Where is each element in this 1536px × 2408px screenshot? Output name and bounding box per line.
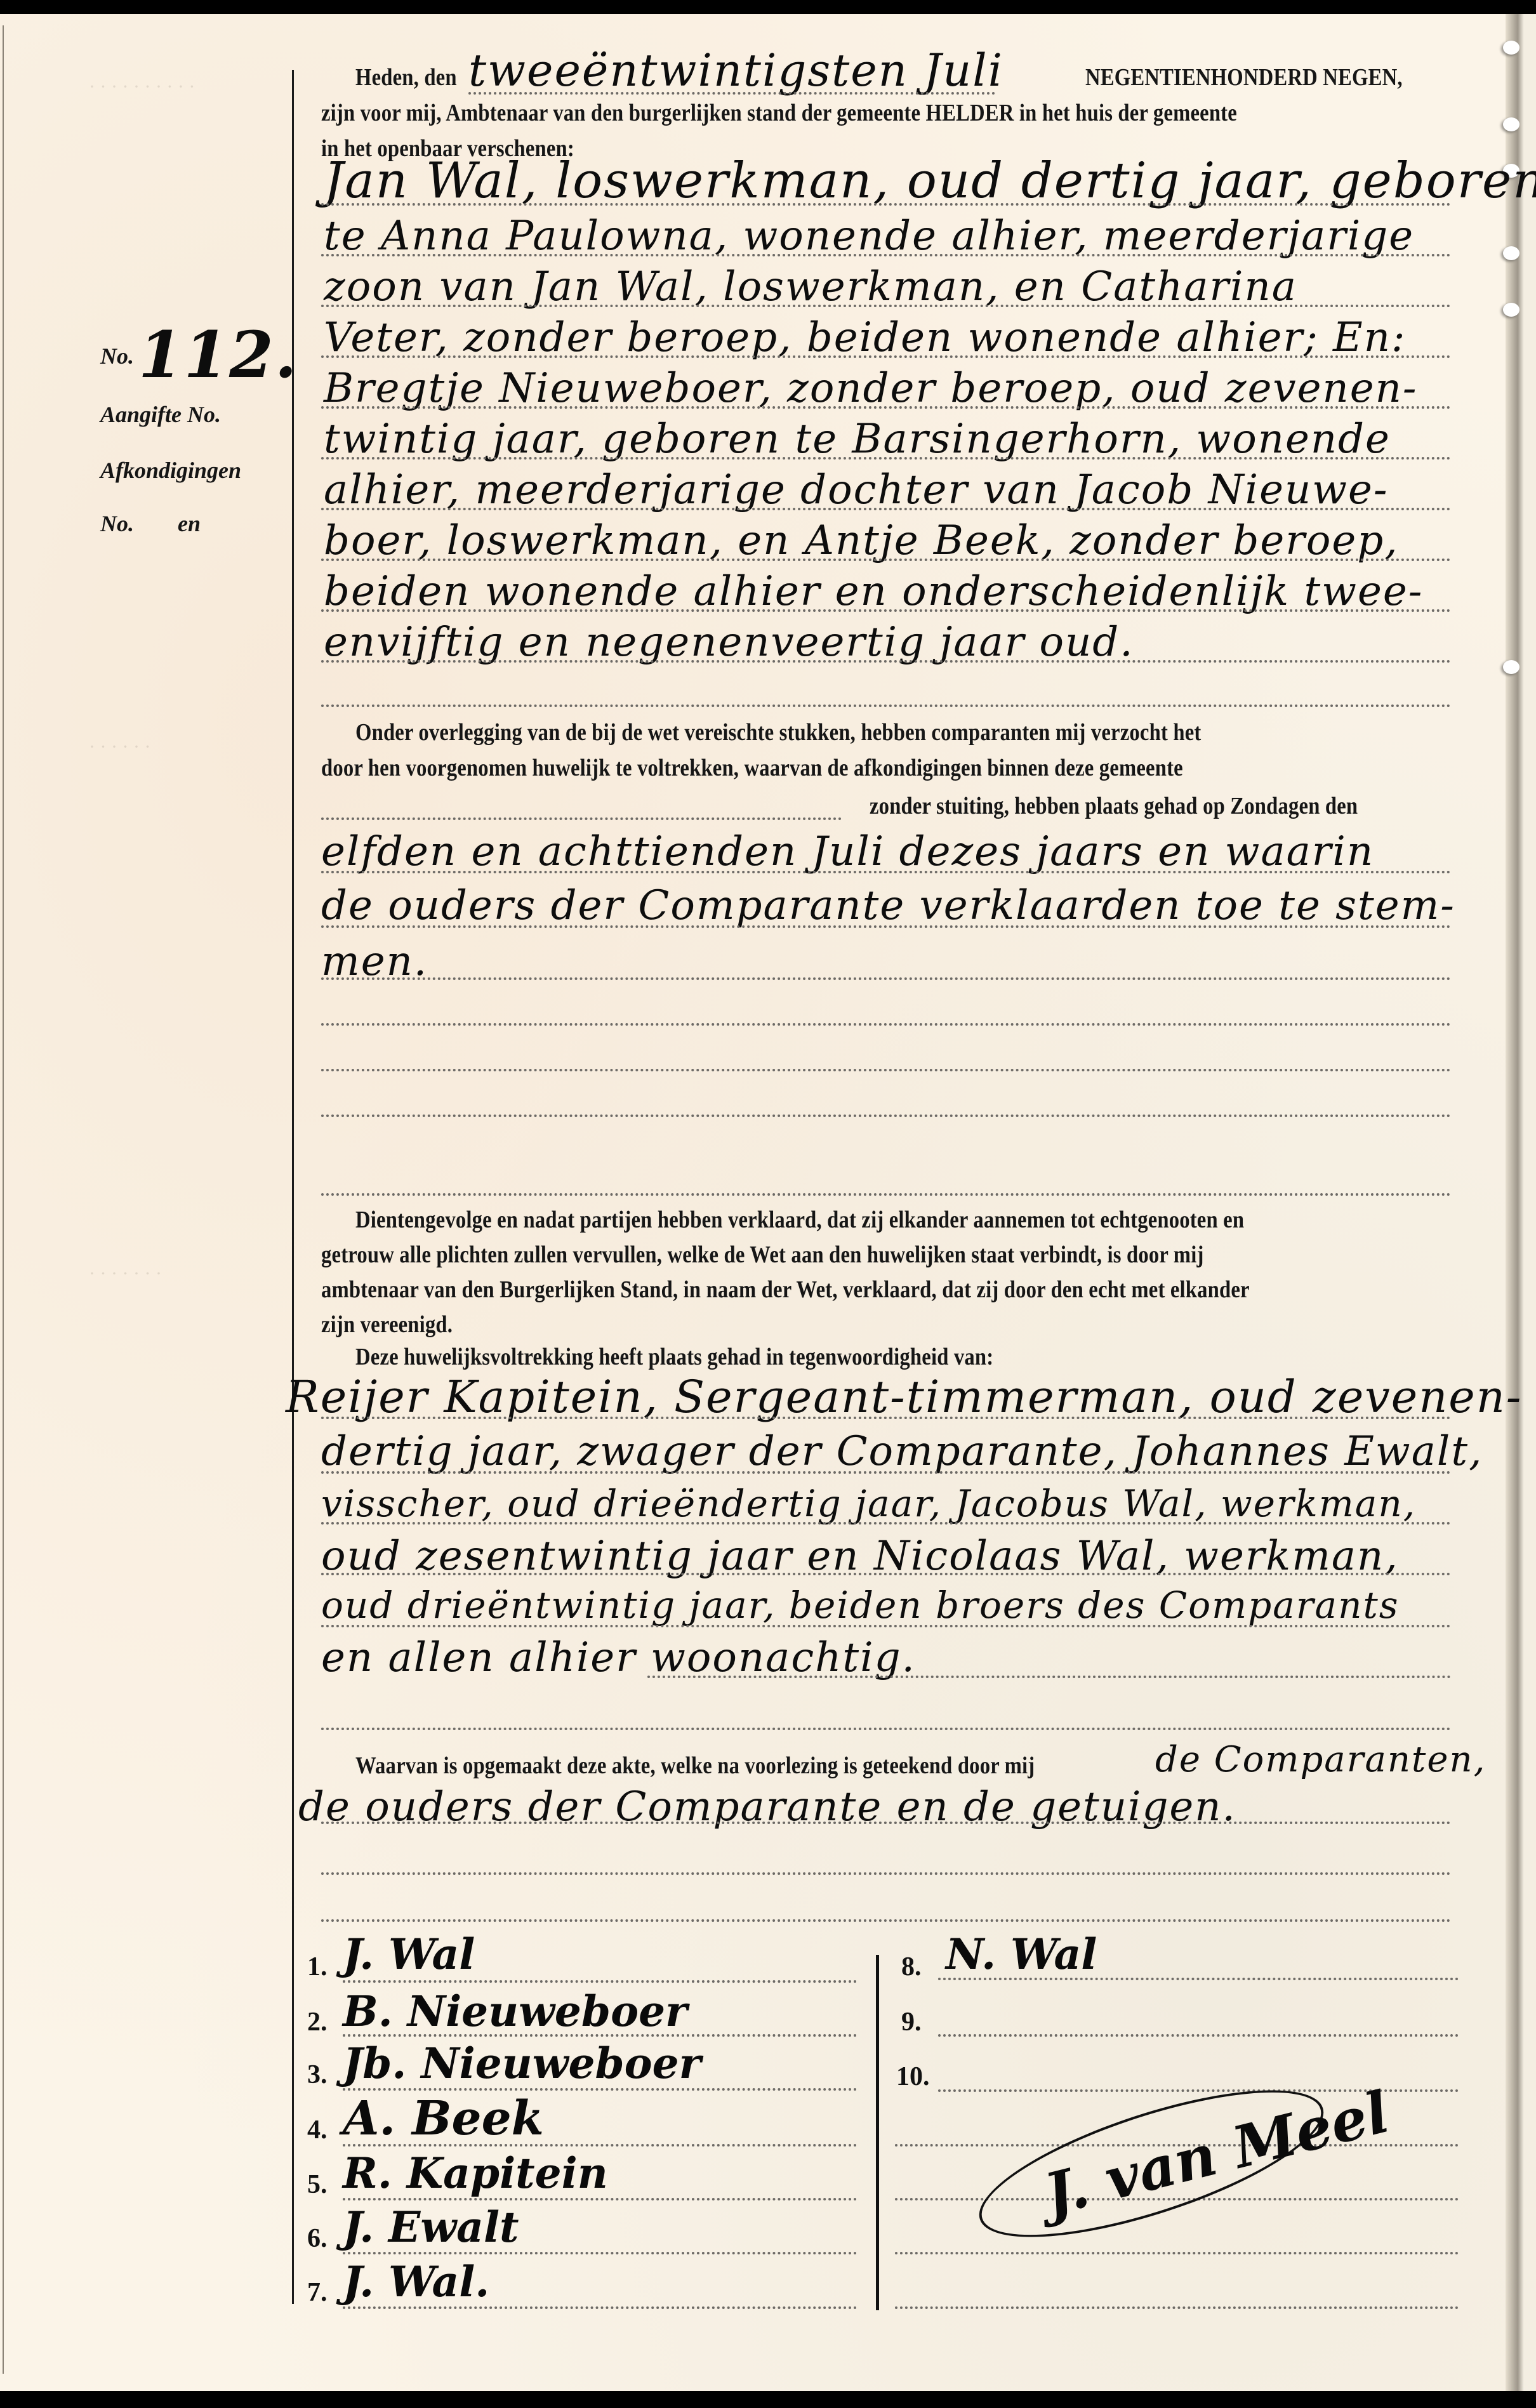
banns-line: elfden en achttienden Juli dezes jaars e…	[321, 828, 1374, 875]
handwritten-line: zoon van Jan Wal, loswerkman, en Cathari…	[324, 263, 1297, 310]
dotted-line	[321, 1069, 1451, 1071]
dotted-line	[647, 1676, 1451, 1678]
signature-number: 5.	[307, 2169, 328, 2200]
dotted-line	[321, 508, 1451, 510]
signature-divider	[876, 1955, 879, 2310]
dotted-line	[321, 705, 1451, 707]
paragraph2-line3: zonder stuiting, hebben plaats gehad op …	[870, 792, 1358, 820]
dotted-line	[321, 1625, 1451, 1627]
act-number-value: 112.	[138, 317, 298, 392]
dotted-line	[321, 1728, 1451, 1730]
header-line-2: zijn voor mij, Ambtenaar van den burgerl…	[321, 99, 1536, 127]
handwritten-line: envijftig en negenenveertig jaar oud.	[324, 619, 1134, 666]
year-printed: NEGENTIENHONDERD NEGEN,	[1085, 63, 1403, 91]
dotted-line	[321, 977, 1451, 980]
handwritten-line: beiden wonende alhier en onderscheidenli…	[324, 568, 1423, 615]
handwritten-line: boer, loswerkman, en Antje Beek, zonder …	[324, 517, 1399, 564]
dotted-line	[321, 1023, 1451, 1026]
dotted-line	[321, 203, 1451, 206]
handwritten-line: visscher, oud drieëndertig jaar, Jacobus…	[321, 1482, 1416, 1525]
signature: J. Wal	[343, 1929, 475, 1979]
dotted-line	[343, 2144, 857, 2147]
afkondigingen-label: Afkondigingen	[100, 457, 241, 484]
banns-line: de ouders der Comparante verklaarden toe…	[321, 882, 1455, 929]
dotted-line	[321, 1417, 1451, 1419]
paragraph3-line3: ambtenaar van den Burgerlijken Stand, in…	[321, 1276, 1250, 1304]
binding-hole	[1503, 660, 1519, 674]
dotted-line	[343, 1980, 857, 1983]
dotted-line	[895, 2306, 1459, 2309]
dotted-line	[321, 1193, 1451, 1196]
handwritten-line: Bregtje Nieuweboer, zonder beroep, oud z…	[324, 365, 1417, 412]
signature-number: 8.	[901, 1952, 922, 1982]
bleed-through-text: · · · · · · ·	[89, 1263, 162, 1285]
page-edge	[3, 25, 4, 2374]
paragraph3-line5: Deze huwelijksvoltrekking heeft plaats g…	[355, 1343, 993, 1371]
dotted-line	[321, 1822, 1451, 1824]
signature: B. Nieuweboer	[343, 1987, 687, 2036]
dotted-line	[321, 355, 1451, 358]
handwritten-line: alhier, meerderjarige dochter van Jacob …	[324, 466, 1388, 513]
dotted-line	[321, 660, 1451, 663]
dotted-line	[321, 254, 1451, 256]
dotted-line	[343, 2306, 857, 2309]
signature: J. Ewalt	[343, 2202, 519, 2252]
aangifte-label: Aangifte No.	[100, 401, 221, 428]
dotted-line	[321, 1573, 1451, 1575]
en-label: en	[178, 510, 201, 537]
dotted-line	[321, 925, 1451, 928]
closing-handwritten-1: de Comparanten,	[1155, 1739, 1486, 1780]
signature-number: 4.	[307, 2115, 328, 2145]
binding-hole	[1503, 246, 1519, 260]
signature-number: 7.	[307, 2277, 328, 2308]
act-number-label: No.	[100, 343, 134, 369]
signature: Jb. Nieuweboer	[343, 2039, 701, 2088]
handwritten-line: en allen alhier woonachtig.	[321, 1634, 916, 1681]
dotted-line	[321, 1115, 1451, 1117]
dotted-line	[343, 2088, 857, 2091]
signature-number: 3.	[307, 2060, 328, 2090]
bleed-through-text: · · · · · ·	[89, 736, 150, 758]
paragraph2-line2: door hen voorgenomen huwelijk te voltrek…	[321, 754, 1183, 782]
dotted-line	[321, 609, 1451, 612]
signature-number: 1.	[307, 1952, 328, 1982]
dotted-line	[343, 2252, 857, 2254]
closing-printed: Waarvan is opgemaakt deze akte, welke na…	[355, 1752, 1035, 1780]
signature: A. Beek	[343, 2091, 544, 2146]
signature: J. Wal.	[343, 2257, 489, 2306]
dotted-line	[938, 2034, 1459, 2037]
paragraph2-line1: Onder overlegging van de bij de wet vere…	[355, 718, 1201, 746]
paragraph3-line4: zijn vereenigd.	[321, 1311, 453, 1339]
heden-den: Heden, den	[355, 63, 457, 91]
dotted-line	[321, 1872, 1451, 1875]
dotted-line	[321, 559, 1451, 561]
handwritten-line: oud drieëntwintig jaar, beiden broers de…	[321, 1584, 1400, 1627]
handwritten-line: Jan Wal, loswerkman, oud dertig jaar, ge…	[324, 152, 1536, 209]
signature-number: 10.	[896, 2061, 930, 2092]
signature: R. Kapitein	[343, 2148, 608, 2198]
handwritten-line: Reijer Kapitein, Sergeant-timmerman, oud…	[286, 1371, 1522, 1423]
dotted-line	[321, 817, 842, 820]
dotted-line	[321, 871, 1451, 873]
handwritten-line: twintig jaar, geboren te Barsingerhorn, …	[324, 416, 1391, 463]
signature-number: 9.	[901, 2007, 922, 2037]
dotted-line	[343, 2198, 857, 2200]
paragraph3-line2: getrouw alle plichten zullen vervullen, …	[321, 1241, 1204, 1269]
dotted-line	[343, 2034, 857, 2037]
dotted-line	[321, 1522, 1451, 1525]
dotted-line	[321, 305, 1451, 307]
binding-hole	[1503, 41, 1519, 55]
margin-rule	[292, 70, 294, 2304]
dotted-line	[321, 406, 1451, 409]
binding-edge	[1506, 14, 1536, 2391]
paragraph3-line1: Dientengevolge en nadat partijen hebben …	[355, 1206, 1244, 1234]
signature-number: 2.	[307, 2007, 328, 2037]
handwritten-line: Veter, zonder beroep, beiden wonende alh…	[324, 314, 1407, 361]
signature-number: 6.	[307, 2223, 328, 2254]
handwritten-line: dertig jaar, zwager der Comparante, Joha…	[321, 1428, 1483, 1475]
date-handwritten: tweeëntwintigsten Juli	[468, 44, 1003, 96]
bleed-through-text: · · · · · · · · · ·	[89, 76, 195, 98]
no-label: No.	[100, 510, 134, 537]
dotted-line	[321, 1471, 1451, 1474]
signature: N. Wal	[946, 1929, 1097, 1979]
dotted-line	[321, 457, 1451, 460]
dotted-line	[468, 92, 995, 95]
dotted-line	[938, 1978, 1459, 1980]
binding-hole	[1503, 303, 1519, 317]
dotted-line	[895, 2252, 1459, 2254]
dotted-line	[321, 1919, 1451, 1922]
handwritten-line: te Anna Paulowna, wonende alhier, meerde…	[324, 213, 1414, 260]
